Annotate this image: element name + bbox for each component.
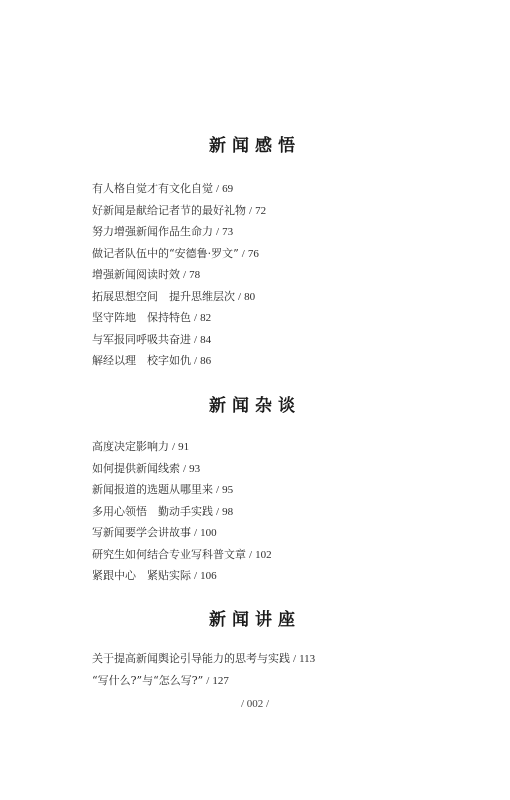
toc-separator: /	[172, 441, 175, 453]
toc-item[interactable]: 拓展思想空间 提升思维层次/80	[92, 286, 266, 308]
toc-item-title: 好新闻是献给记者节的最好礼物	[92, 204, 246, 217]
toc-separator: /	[216, 484, 219, 496]
toc-separator: /	[194, 570, 197, 582]
toc-item[interactable]: 高度决定影响力/91	[92, 436, 272, 458]
toc-item-page: 76	[248, 248, 259, 260]
toc-separator: /	[242, 248, 245, 260]
toc-item[interactable]: 与军报同呼吸共奋进/84	[92, 329, 266, 351]
toc-separator: /	[194, 355, 197, 367]
toc-item-page: 86	[200, 355, 211, 367]
toc-item-page: 98	[222, 506, 233, 518]
toc-separator: /	[216, 506, 219, 518]
toc-item-title: 写新闻要学会讲故事	[92, 526, 191, 539]
page-number: / 002 /	[0, 698, 510, 710]
toc-item-title: 多用心领悟 勤动手实践	[92, 505, 213, 518]
toc-separator: /	[183, 269, 186, 281]
toc-separator: /	[216, 183, 219, 195]
toc-item-page: 78	[189, 269, 200, 281]
toc-item-page: 93	[189, 463, 200, 475]
toc-item-title: 关于提高新闻舆论引导能力的思考与实践	[92, 652, 290, 665]
toc-item-page: 69	[222, 183, 233, 195]
toc-list-news-miscellany: 高度决定影响力/91 如何提供新闻线索/93 新闻报道的选题从哪里来/95 多用…	[92, 436, 272, 587]
toc-item[interactable]: 如何提供新闻线索/93	[92, 458, 272, 480]
toc-separator: /	[293, 653, 296, 665]
toc-item-title: 努力增强新闻作品生命力	[92, 225, 213, 238]
toc-separator: /	[194, 527, 197, 539]
toc-item-page: 72	[255, 205, 266, 217]
toc-item-page: 95	[222, 484, 233, 496]
toc-item-page: 113	[299, 653, 315, 665]
section-title-news-miscellany: 新闻杂谈	[0, 391, 510, 416]
toc-item-title: 有人格自觉才有文化自觉	[92, 182, 213, 195]
toc-item-page: 102	[255, 549, 272, 561]
toc-item-page: 127	[212, 675, 229, 687]
toc-item[interactable]: 新闻报道的选题从哪里来/95	[92, 479, 272, 501]
toc-item[interactable]: “写什么?”与“怎么写?”/127	[92, 670, 315, 692]
toc-separator: /	[194, 312, 197, 324]
section-title-news-lectures: 新闻讲座	[0, 605, 510, 630]
toc-separator: /	[238, 291, 241, 303]
toc-item-page: 73	[222, 226, 233, 238]
toc-item[interactable]: 多用心领悟 勤动手实践/98	[92, 501, 272, 523]
toc-item-title: 研究生如何结合专业写科普文章	[92, 548, 246, 561]
toc-item-title: 与军报同呼吸共奋进	[92, 333, 191, 346]
toc-item[interactable]: 关于提高新闻舆论引导能力的思考与实践/113	[92, 648, 315, 670]
toc-separator: /	[249, 205, 252, 217]
toc-separator: /	[216, 226, 219, 238]
toc-item-title: 坚守阵地 保持特色	[92, 311, 191, 324]
toc-item-title: 高度决定影响力	[92, 440, 169, 453]
toc-item-title: 如何提供新闻线索	[92, 462, 180, 475]
toc-item[interactable]: 好新闻是献给记者节的最好礼物/72	[92, 200, 266, 222]
toc-item-title: 拓展思想空间 提升思维层次	[92, 290, 235, 303]
toc-item[interactable]: 写新闻要学会讲故事/100	[92, 522, 272, 544]
toc-separator: /	[183, 463, 186, 475]
toc-item[interactable]: 紧跟中心 紧贴实际/106	[92, 565, 272, 587]
toc-item[interactable]: 研究生如何结合专业写科普文章/102	[92, 544, 272, 566]
toc-item-page: 100	[200, 527, 217, 539]
toc-item[interactable]: 解经以理 校字如仇/86	[92, 350, 266, 372]
toc-item-page: 80	[244, 291, 255, 303]
toc-item-page: 82	[200, 312, 211, 324]
section-title-news-insights: 新闻感悟	[0, 131, 510, 156]
toc-item-page: 84	[200, 334, 211, 346]
toc-item[interactable]: 努力增强新闻作品生命力/73	[92, 221, 266, 243]
toc-item[interactable]: 有人格自觉才有文化自觉/69	[92, 178, 266, 200]
toc-item[interactable]: 坚守阵地 保持特色/82	[92, 307, 266, 329]
toc-item-title: 紧跟中心 紧贴实际	[92, 569, 191, 582]
toc-list-news-insights: 有人格自觉才有文化自觉/69 好新闻是献给记者节的最好礼物/72 努力增强新闻作…	[92, 178, 266, 372]
toc-list-news-lectures: 关于提高新闻舆论引导能力的思考与实践/113 “写什么?”与“怎么写?”/127	[92, 648, 315, 691]
toc-separator: /	[194, 334, 197, 346]
toc-item[interactable]: 做记者队伍中的“安德鲁·罗文”/76	[92, 243, 266, 265]
toc-separator: /	[206, 675, 209, 687]
toc-item[interactable]: 增强新闻阅读时效/78	[92, 264, 266, 286]
toc-item-title: 新闻报道的选题从哪里来	[92, 483, 213, 496]
toc-item-title: 解经以理 校字如仇	[92, 354, 191, 367]
toc-item-title: 做记者队伍中的“安德鲁·罗文”	[92, 247, 239, 260]
toc-item-title: 增强新闻阅读时效	[92, 268, 180, 281]
toc-separator: /	[249, 549, 252, 561]
toc-item-page: 91	[178, 441, 189, 453]
toc-item-title: “写什么?”与“怎么写?”	[92, 674, 203, 687]
toc-item-page: 106	[200, 570, 217, 582]
